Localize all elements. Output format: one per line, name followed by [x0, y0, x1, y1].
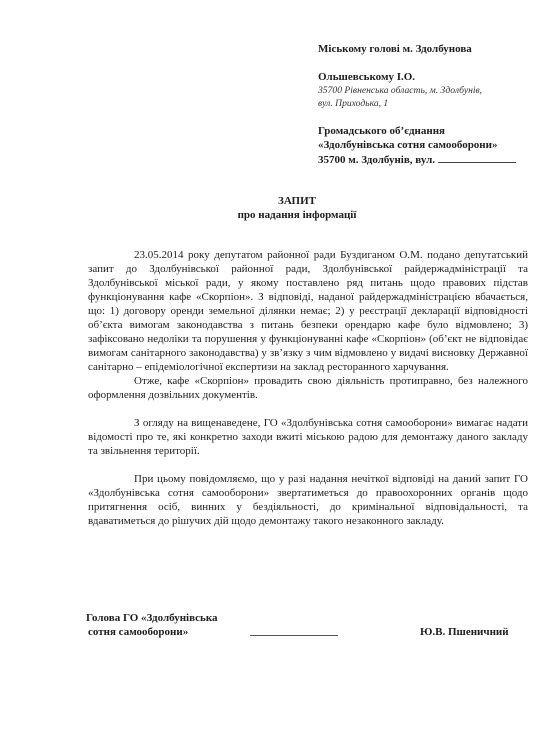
sender-address: 35700 м. Здолбунів, вул. — [318, 152, 538, 167]
signatory-org-line1: Голова ГО «Здолбунівська — [86, 611, 266, 625]
sender-line1: Громадського об’єднання — [318, 124, 538, 138]
document-title: ЗАПИТ — [0, 194, 550, 208]
paragraph-3: З огляду на вищенаведене, ГО «Здолбунівс… — [88, 416, 528, 458]
sender-address-text: 35700 м. Здолбунів, вул. — [318, 154, 435, 166]
document-subtitle: про надання інформації — [0, 208, 550, 222]
street-blank-line — [438, 152, 516, 163]
title-block: ЗАПИТ про надання інформації — [0, 194, 550, 222]
paragraph-2: Отже, кафе «Скорпіон» провадить свою дія… — [88, 374, 528, 402]
sender-line2: «Здолбунівська сотня самооборони» — [318, 138, 538, 152]
recipient-address-line1: 35700 Рівненська область, м. Здолбунів, — [318, 84, 538, 97]
document-page: Міському голові м. Здолбунова Ольшевсько… — [0, 0, 550, 735]
paragraph-4: При цьому повідомляємо, що у разі наданн… — [88, 472, 528, 528]
paragraph-1: 23.05.2014 року депутатом районної ради … — [88, 248, 528, 374]
recipient-name: Ольшевському І.О. — [318, 70, 538, 84]
addressee-block: Міському голові м. Здолбунова Ольшевсько… — [318, 42, 538, 167]
signatory-name: Ю.В. Пшеничний — [420, 625, 509, 639]
signatory-organization: Голова ГО «Здолбунівська сотня самооборо… — [86, 611, 266, 639]
recipient-address-line2: вул. Приходька, 1 — [318, 97, 538, 110]
signatory-org-line2: сотня самооборони» — [86, 625, 266, 639]
body-text: 23.05.2014 року депутатом районної ради … — [88, 248, 528, 528]
signature-line — [250, 635, 338, 636]
recipient-title: Міському голові м. Здолбунова — [318, 42, 538, 56]
